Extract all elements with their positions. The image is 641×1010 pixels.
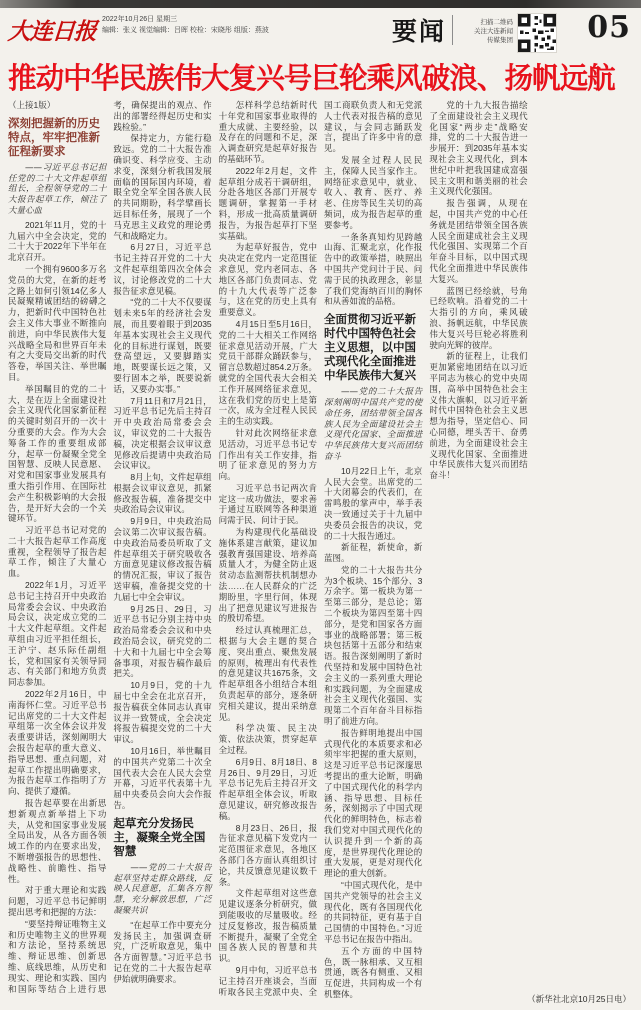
- section-intro: ——党的二十大报告深刻阐明中国共产党的使命任务，团结带领全国各族人民为全面建设社…: [324, 387, 422, 463]
- article-paragraph: 报告起草要在出新思想新观点新举措上下功夫，从党和国家事业发展全局出发，从各方面各…: [8, 798, 106, 884]
- article-paragraph: 针对此次网络征求意见活动，习近平总书记专门作出有关工作安排，指明了征求意见的努力…: [219, 428, 317, 482]
- article-paragraph: 10月22日上午，北京人民大会堂。出席党的二十大闭幕会的代表们，在雷鸣般的掌声中…: [324, 466, 422, 542]
- article-paragraph: 2022年2月16日，中南海怀仁堂。习近平总书记出席党的二十大文件起草组第一次全…: [8, 689, 106, 797]
- section-subhead: 起草充分发扬民主，凝聚全党全国智慧: [113, 817, 211, 859]
- article-paragraph: 10月9日，党的十九届七中全会在北京召开，报告稿获全体同志认真审议并一致赞成，全…: [113, 680, 211, 745]
- article-paragraph: 6月27日，习近平总书记主持召开党的二十大文件起草组第四次全体会议，讨论修改党的…: [113, 242, 211, 296]
- article-paragraph: 4月15日至5月16日，党的二十大相关工作网络征求意见活动开展，广大党员干部群众…: [219, 319, 317, 427]
- article-paragraph: 党的十九大报告描绘了全面建设社会主义现代化国家“两步走”战略安排，党的二十大报告…: [429, 100, 527, 197]
- editor-credits: 编辑：张义 视觉编辑：吕晖 校检：宋晓彤 组版：燕波: [102, 25, 269, 36]
- section-intro: ——党的二十大报告起草坚持走群众路线，反映人民意愿，汇集各方智慧，充分解放思想，…: [113, 863, 211, 917]
- article-paragraph: 保持定力，方能行稳致远。党的二十大报告准确识变、科学应变、主动求变，深刻分析我国…: [113, 133, 211, 241]
- article-paragraph: 8月上旬，文件起草组根据会议审议意见，抓紧修改报告稿，准备提交中央政治局会议审议…: [113, 472, 211, 515]
- article-paragraph: 为起草好报告，党中央决定在党内一定范围征求意见，党内老同志、各地区各部门负责同志…: [219, 242, 317, 318]
- article-paragraph: 9月25日、29日，习近平总书记分别主持中央政治局常委会会议和中央政治局会议，研…: [113, 604, 211, 680]
- article-paragraph: 9月9日，中央政治局会议第二次审议报告稿。中央政治局委员听取了文件起草组关于研究…: [113, 516, 211, 602]
- article-paragraph: 8月23日、26日，报告征求意见稿下发党内一定范围征求意见，各地区各部门各方面认…: [219, 823, 317, 888]
- article-paragraph: 2022年2月起，文件起草组分成若干调研组，分赴各地区各部门开展专题调研，掌握第…: [219, 166, 317, 242]
- article-paragraph: “党的二十大不仅要谋划未来5年的经济社会发展，而且要着眼于到2035年基本实现社…: [113, 297, 211, 394]
- section-label: 要闻: [392, 12, 446, 48]
- article-paragraph: 怎样科学总结新时代十年党和国家事业取得的重大成就、主要经验，以及存在的问题和不足…: [219, 100, 317, 165]
- article-paragraph: 经过认真梳理汇总，根据与大会主题的契合度、突出重点、聚焦发展的原则，梳理出有代表…: [219, 625, 317, 722]
- section-subhead: 深刻把握新的历史特点，牢牢把准新征程新要求: [8, 117, 106, 159]
- qr-caption: 扫描二维码 关注大连新闻 传媒集团: [459, 18, 513, 45]
- scan-top-strip: [0, 0, 641, 8]
- continuation-note: （上接1版）: [8, 100, 106, 111]
- section-subhead: 全面贯彻习近平新时代中国特色社会主义思想，以中国式现代化全面推进中华民族伟大复兴: [324, 313, 422, 383]
- article-paragraph: 新征程，新使命，新蓝图。: [324, 542, 422, 564]
- page-header: 大连日报 2022年10月26日 星期三 编辑：张义 视觉编辑：吕晖 校检：宋晓…: [0, 10, 641, 54]
- article-paragraph: 举国瞩目的党的二十大，是在迈上全面建设社会主义现代化国家新征程的关键时刻召开的一…: [8, 384, 106, 524]
- article-paragraph: “中国式现代化，是中国共产党领导的社会主义现代化，既有各国现代化的共同特征，更有…: [324, 880, 422, 945]
- article-paragraph: 新的征程上，让我们更加紧密地团结在以习近平同志为核心的党中央周围，高举中国特色社…: [429, 351, 527, 481]
- article-paragraph: 五个方面的中国特色，既一脉相承、又互相贯通，既各有侧重、又相互促进，共同构成一个…: [324, 946, 422, 1000]
- article-paragraph: 文件起草组对这些意见建议逐条分析研究，做到能吸收的尽量吸收。经过反复修改，报告稿…: [219, 888, 317, 964]
- article-paragraph: 一个拥有9600多万名党员的大党，在新的赶考之路上如何引领14亿多人民凝聚精诚团…: [8, 264, 106, 383]
- page-number: 05: [587, 10, 631, 45]
- article-paragraph: 7月11日和7月21日，习近平总书记先后主持召开中央政治局常委会会议，审议党的二…: [113, 396, 211, 472]
- section-label-wrap: 要闻: [392, 12, 453, 48]
- article-paragraph: 10月16日，举世瞩目的中国共产党第二十次全国代表大会在人民大会堂开幕，习近平代…: [113, 746, 211, 811]
- article-paragraph: “在起草工作中要充分发扬民主，加强调查研究，广泛听取意见，集中各方面智慧。”习近…: [113, 920, 211, 985]
- article-paragraph: 2022年1月，习近平总书记主持召开中央政治局常委会会议、中央政治局会议，决定成…: [8, 580, 106, 688]
- article-paragraph: 蓝图已经绘就，号角已经吹响。沿着党的二十大指引的方向，乘风破浪、扬帆远航，中华民…: [429, 286, 527, 351]
- article-paragraph: 发展全过程人民民主，保障人民当家作主。网络征求意见中，就业、收入、教育、医疗、养…: [324, 155, 422, 231]
- article-paragraph: 报告鲜明地提出中国式现代化的本质要求和必须牢牢把握的重大原则，这是习近平总书记深…: [324, 728, 422, 879]
- article-flow: （上接1版）深刻把握新的历史特点，牢牢把准新征程新要求——习近平总书记担任党的二…: [8, 100, 633, 1003]
- article-paragraph: 报告强调，从现在起，中国共产党的中心任务就是团结带领全国各族人民全面建成社会主义…: [429, 198, 527, 284]
- article-paragraph: 习近平总书记对党的二十大报告起草工作高度重视，全程领导了报告起草工作，倾注了大量…: [8, 525, 106, 579]
- article-paragraph: 2021年11月，党的十九届六中全会决定，党的二十大于2022年下半年在北京召开…: [8, 220, 106, 263]
- section-intro: ——习近平总书记担任党的二十大文件起草组组长，全程领导党的二十大报告起草工作，倾…: [8, 163, 106, 217]
- article-paragraph: 为构建现代化基础设施体系建言献策，建议加强教育强国建设、培养高质量人才，为健全防…: [219, 527, 317, 624]
- newspaper-page: 大连日报 2022年10月26日 星期三 编辑：张义 视觉编辑：吕晖 校检：宋晓…: [0, 0, 641, 1010]
- qr-code-icon: [517, 13, 557, 53]
- issue-date: 2022年10月26日 星期三: [102, 14, 269, 25]
- issue-info: 2022年10月26日 星期三 编辑：张义 视觉编辑：吕晖 校检：宋晓彤 组版：…: [102, 14, 269, 36]
- article-paragraph: 6月9日、8月18日、8月26日、9月29日，习近平总书记先后主持召开文件起草组…: [219, 757, 317, 822]
- header-divider: [452, 15, 453, 45]
- article-paragraph: 一条条真知灼见跨越山海、汇聚北京，化作报告中的政策举措，映照出中国共产党问计于民…: [324, 232, 422, 308]
- article-paragraph: 对于重大理论和实践问题，习近平总书记鲜明提出思考和把握的方法：: [8, 885, 106, 917]
- article-paragraph: 科学决策、民主决策、依法决策，贯穿起草全过程。: [219, 723, 317, 755]
- article-paragraph: 党的二十大报告共分为3个板块、15个部分、3万余字。第一板块为第一至第三部分，是…: [324, 565, 422, 727]
- article-paragraph: 习近平总书记两次肯定这一成功做法，要求善于通过互联网等各种渠道问需于民、问计于民…: [219, 483, 317, 526]
- newspaper-masthead: 大连日报: [7, 13, 97, 46]
- wire-credit: （新华社北京10月25日电）: [521, 993, 631, 1005]
- main-headline: 推动中华民族伟大复兴号巨轮乘风破浪、扬帆远航: [8, 56, 632, 97]
